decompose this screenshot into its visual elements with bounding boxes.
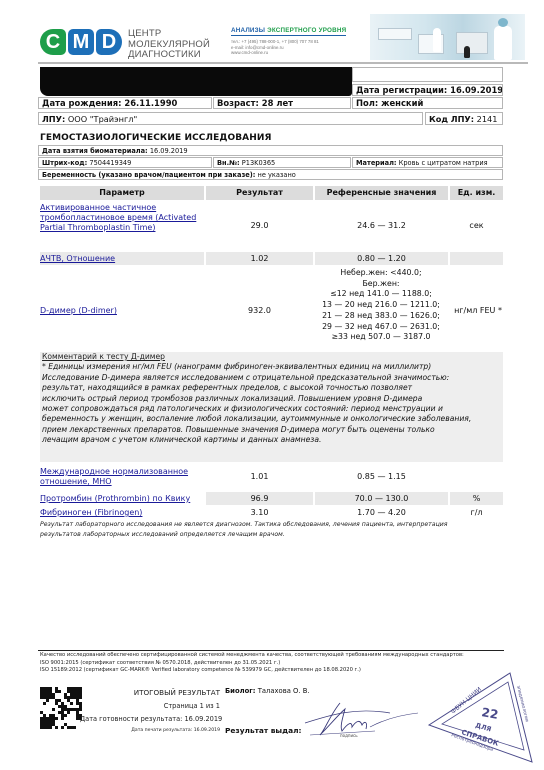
material: Материал: Кровь с цитратом натрия [352,157,503,168]
result-fibrinogen: 3.10 [206,508,313,518]
stamp: 22 ДЛЯ СПРАВОК ФБУН ЦНИИ эпидемиологии Р… [425,670,535,765]
reference-fibrinogen: 1.70 — 4.20 [315,508,448,518]
reference-d-dimer: Небер.жен: <440.0; Бер.жен: ≤12 нед 141.… [306,268,456,343]
header-divider [38,62,528,64]
result-aptt: 29.0 [206,221,313,231]
logo-letter-c: C [40,29,66,55]
footer-divider [38,650,504,651]
result-d-dimer: 932.0 [206,306,313,316]
pregnancy-status: Беременность (указано врачом/пациентом п… [38,169,503,180]
result-aptt-ratio: 1.02 [206,252,313,265]
reference-aptt-ratio: 0.80 — 1.20 [315,252,448,265]
sample-date: Дата взятия биоматериала: 16.09.2019 [38,145,503,156]
svg-text:подпись: подпись [340,733,358,738]
report-header: C M D ЦЕНТР МОЛЕКУЛЯРНОЙ ДИАГНОСТИКИ АНА… [0,0,544,64]
qr-code [40,687,82,729]
final-result-label: ИТОГОВЫЙ РЕЗУЛЬТАТ [110,688,220,697]
col-header-unit: Ед. изм. [450,186,503,200]
blank-cell [352,67,503,82]
result-prothrombin: 96.9 [206,492,313,505]
param-d-dimer[interactable]: D-димер (D-dimer) [40,306,204,316]
lpu: ЛПУ: ООО "Трайэнгл" [38,112,423,125]
param-aptt-ratio[interactable]: АЧТВ, Отношение [40,252,204,265]
param-fibrinogen[interactable]: Фибриноген (Fibrinogen) [40,508,204,518]
print-date: Дата печати результата: 16.09.2019 [80,728,220,733]
page-number: Страница 1 из 1 [110,702,220,710]
unit-d-dimer: нг/мл FEU * [448,306,508,316]
disclaimer: Результат лабораторного исследования не … [40,520,510,540]
patient-name-redacted [40,67,352,96]
comment-body: * Единицы измерения нг/мл FEU (нанограмм… [42,362,501,445]
d-dimer-comment: Комментарий к тесту Д-димер * Единицы из… [40,352,503,462]
param-prothrombin[interactable]: Протромбин (Prothrombin) по Квику [40,492,204,505]
reference-aptt: 24.6 — 31.2 [315,221,448,231]
col-header-reference: Референсные значения [315,186,448,200]
registration-date: Дата регистрации: 16.09.2019 [352,84,503,96]
biologist: Биолог: Талахова О. В. [225,687,310,695]
unit-aptt: сек [450,221,503,231]
birth-date: Дата рождения: 26.11.1990 [38,97,212,109]
contact-website: www.cmd-online.ru [231,50,319,56]
lab-photo [370,14,525,60]
patient-age: Возраст: 28 лет [213,97,351,109]
section-title: ГЕМОСТАЗИОЛОГИЧЕСКИЕ ИССЛЕДОВАНИЯ [40,133,272,143]
param-aptt[interactable]: Активированное частичное тромбопластинов… [40,203,202,233]
signature: подпись [300,695,420,740]
logo-letter-d: D [96,29,122,55]
comment-title: Комментарий к тесту Д-димер [42,352,501,362]
logo-letter-m: M [68,29,94,55]
col-header-result: Результат [206,186,313,200]
col-header-parameter: Параметр [40,186,204,200]
barcode: Штрих-код: 7504419349 [38,157,212,168]
issued-by-label: Результат выдал: [225,726,301,735]
contact-phone: тел.: +7 (495) 788-000-1, +7 (800) 707 7… [231,39,319,45]
slogan: АНАЛИЗЫ ЭКСПЕРТНОГО УРОВНЯ [231,27,346,36]
org-name: ЦЕНТР МОЛЕКУЛЯРНОЙ ДИАГНОСТИКИ [128,29,210,61]
unit-prothrombin: % [450,492,503,505]
ready-date: Дата готовности результата: 16.09.2019 [80,715,220,723]
reference-inr: 0.85 — 1.15 [315,472,448,482]
svg-text:ДЛЯ: ДЛЯ [474,721,492,733]
reference-prothrombin: 70.0 — 130.0 [315,492,448,505]
contacts: тел.: +7 (495) 788-000-1, +7 (800) 707 7… [231,39,319,56]
param-inr[interactable]: Международное нормализованное отношение,… [40,467,204,487]
svg-text:22: 22 [480,705,499,722]
result-inr: 1.01 [206,472,313,482]
unit-aptt-ratio [450,252,503,265]
unit-fibrinogen: г/л [450,508,503,518]
patient-sex: Пол: женский [352,97,503,109]
lpu-code: Код ЛПУ: 2141 [425,112,503,125]
cmd-logo: C M D [40,29,122,55]
internal-number: Вн.№: P13K0365 [213,157,351,168]
